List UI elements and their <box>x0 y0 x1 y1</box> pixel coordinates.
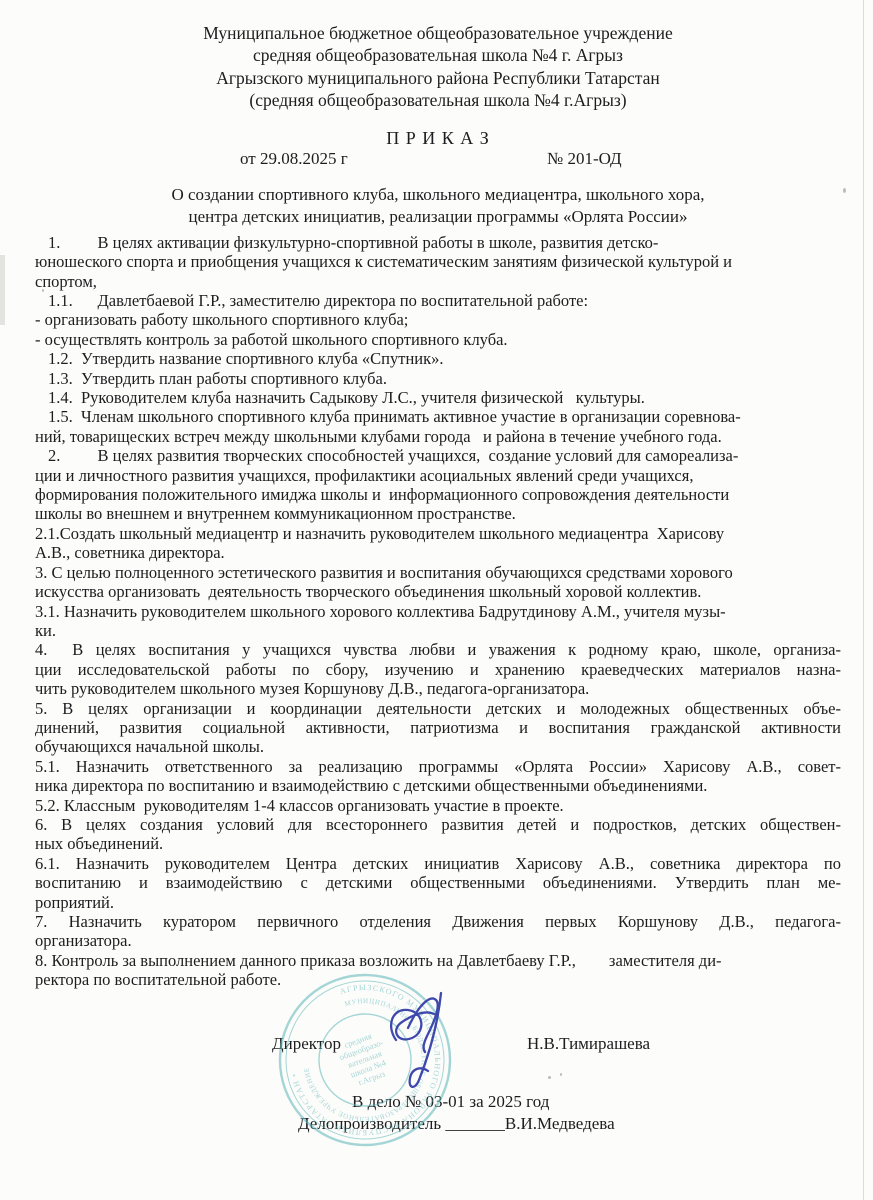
clerk-name: В.И.Медведева <box>505 1114 615 1133</box>
body-line: школы во внешнем и внутреннем коммуникац… <box>35 504 841 523</box>
body-line: динений, развития социальной активности,… <box>35 718 841 737</box>
subject-line: О создании спортивного клуба, школьного … <box>35 184 841 206</box>
order-date-number-row: от 29.08.2025 г № 201-ОД <box>35 149 841 171</box>
body-line: 5. В целях организации и координации дея… <box>35 699 841 718</box>
document-body: 1. В целях активации физкультурно-спорти… <box>35 233 841 990</box>
body-line: 3.1. Назначить руководителем школьного х… <box>35 602 841 621</box>
body-line: ки. <box>35 621 841 640</box>
body-line: ний, товарищеских встреч между школьными… <box>35 427 841 446</box>
scan-speck <box>548 1076 551 1079</box>
body-line: А.В., советника директора. <box>35 543 841 562</box>
clerk-line: Делопроизводитель _______В.И.Медведева <box>298 1114 615 1134</box>
scan-artifact-smudge <box>0 255 5 325</box>
order-number: № 201-ОД <box>547 149 622 169</box>
body-line: 5.1. Назначить ответственного за реализа… <box>35 757 841 776</box>
file-note: В дело № 03-01 за 2025 год <box>352 1092 549 1112</box>
body-line: 2. В целях развития творческих способнос… <box>35 446 841 465</box>
org-name-line: Агрызского муниципального района Республ… <box>35 67 841 89</box>
body-line: ректора по воспитательной работе. <box>35 970 841 989</box>
body-line: 1.5. Членам школьного спортивного клуба … <box>35 407 841 426</box>
scan-speck <box>843 188 846 193</box>
org-name-line: (средняя общеобразовательная школа №4 г.… <box>35 89 841 111</box>
director-signature-row: Директор Н.В.Тимирашева <box>35 1034 841 1056</box>
body-line: 6.1. Назначить руководителем Центра детс… <box>35 854 841 873</box>
scan-speck <box>42 289 44 292</box>
body-line: воспитанию и взаимодействию с детскими о… <box>35 873 841 892</box>
scan-speck <box>508 613 511 616</box>
order-title: П Р И К А З <box>35 127 841 149</box>
body-line: ции исследовательской работы по сбору, и… <box>35 660 841 679</box>
body-line: ника директора по воспитанию и взаимодей… <box>35 776 841 795</box>
scan-artifact-line <box>863 0 864 1200</box>
file-note-row: В дело № 03-01 за 2025 год <box>35 1092 841 1114</box>
subject-line: центра детских инициатив, реализации про… <box>35 206 841 228</box>
body-line: 1.3. Утвердить план работы спортивного к… <box>35 369 841 388</box>
body-line: искусства организовать деятельность твор… <box>35 582 841 601</box>
body-line: 4. В целях воспитания у учащихся чувства… <box>35 640 841 659</box>
body-line: 1.4. Руководителем клуба назначить Садык… <box>35 388 841 407</box>
body-line: 8. Контроль за выполнением данного прика… <box>35 951 841 970</box>
body-line: - организовать работу школьного спортивн… <box>35 310 841 329</box>
body-line: 1. В целях активации физкультурно-спорти… <box>35 233 841 252</box>
body-line: 1.1. Давлетбаевой Г.Р., заместителю дире… <box>35 291 841 310</box>
document-content: Муниципальное бюджетное общеобразователь… <box>0 0 873 1200</box>
director-name: Н.В.Тимирашева <box>527 1034 650 1054</box>
body-line: обучающихся начальной школы. <box>35 737 841 756</box>
clerk-row: Делопроизводитель _______В.И.Медведева <box>35 1114 841 1136</box>
body-line: юношеского спорта и приобщения учащихся … <box>35 252 841 271</box>
body-line: роприятий. <box>35 893 841 912</box>
body-line: 3. С целью полноценного эстетического ра… <box>35 563 841 582</box>
order-date: от 29.08.2025 г <box>240 149 348 169</box>
body-line: спортом, <box>35 272 841 291</box>
scan-speck <box>500 104 502 106</box>
scan-speck <box>560 1073 562 1076</box>
body-line: чить руководителем школьного музея Коршу… <box>35 679 841 698</box>
director-label: Директор <box>272 1034 341 1054</box>
org-name-line: средняя общеобразовательная школа №4 г. … <box>35 44 841 66</box>
order-subject: О создании спортивного клуба, школьного … <box>35 184 841 229</box>
org-name-line: Муниципальное бюджетное общеобразователь… <box>35 22 841 44</box>
organization-header: Муниципальное бюджетное общеобразователь… <box>35 22 841 111</box>
body-line: формирования положительного имиджа школы… <box>35 485 841 504</box>
body-line: 7. Назначить куратором первичного отделе… <box>35 912 841 931</box>
scanned-order-document: Муниципальное бюджетное общеобразователь… <box>0 0 873 1200</box>
body-line: организатора. <box>35 931 841 950</box>
body-line: 1.2. Утвердить название спортивного клуб… <box>35 349 841 368</box>
body-line: ных объединений. <box>35 834 841 853</box>
body-line: 5.2. Классным руководителям 1-4 классов … <box>35 796 841 815</box>
scan-speck <box>534 618 536 620</box>
body-line: 2.1.Создать школьный медиацентр и назнач… <box>35 524 841 543</box>
body-line: - осуществлять контроль за работой школь… <box>35 330 841 349</box>
body-line: 6. В целях создания условий для всесторо… <box>35 815 841 834</box>
body-line: ции и личностного развития учащихся, про… <box>35 466 841 485</box>
clerk-label: Делопроизводитель <box>298 1114 445 1133</box>
clerk-signature-blank: _______ <box>445 1114 505 1133</box>
